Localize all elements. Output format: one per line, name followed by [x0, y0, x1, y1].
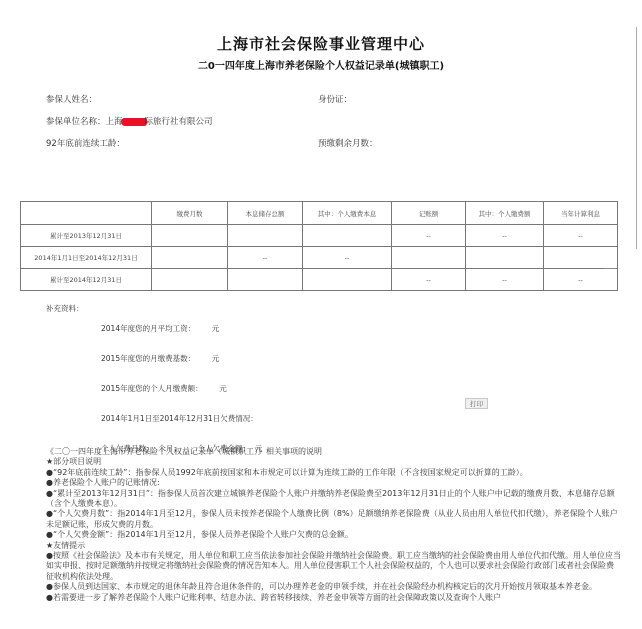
notes-item: ●“累计至2013年12月31日”：指参保人员首次建立城镇养老保险个人账户并缴纳…: [46, 489, 621, 510]
table-row: 累计至2013年12月31日 -- -- --: [21, 225, 618, 247]
table-cell: [152, 247, 228, 269]
notes-item: ●“个人欠费金额”：指2014年1月至12月，参保人员养老保险个人账户欠费的总金…: [46, 530, 621, 540]
column-header: 其中：个人缴费额: [466, 202, 544, 225]
table-cell: --: [392, 225, 466, 247]
id-card-label: 身份证：: [318, 93, 352, 105]
table-cell: [228, 225, 303, 247]
table-cell: [544, 247, 618, 269]
explanatory-notes: 《二〇一四年度上海市养老保险个人权益记录单（城镇职工）》相关事项的说明 ★部分项…: [46, 447, 621, 603]
prepaid-months-label: 预缴剩余月数：: [318, 137, 378, 149]
redaction-mark: [121, 118, 147, 126]
notes-item: ●“92年底前连续工龄”：指参保人员1992年底前按国家和本市规定可以计算为连续…: [46, 468, 621, 478]
supplementary-line: 2015年度您的月缴费基数： 元: [101, 354, 262, 364]
table-row: 2014年1月1日至2014年12月31日 -- --: [21, 247, 618, 269]
notes-item: ●按照《社会保险法》及本市有关规定，用人单位和职工应当依法参加社会保险并缴纳社会…: [46, 551, 621, 582]
column-header: 本息储存总额: [228, 202, 303, 225]
table-header-row: 缴费月数 本息储存总额 其中：个人缴费本息 记账额 其中：个人缴费额 当年计算利…: [21, 202, 618, 225]
table-cell: [466, 247, 544, 269]
table-cell: [152, 269, 228, 291]
notes-section-heading: ★部分项目说明: [46, 457, 621, 467]
table-row: 累计至2014年12月31日 -- -- --: [21, 269, 618, 291]
table-cell: --: [392, 269, 466, 291]
employer-label: 参保单位名称：: [46, 117, 106, 127]
table-cell: --: [228, 247, 303, 269]
row-label: 累计至2014年12月31日: [21, 269, 152, 291]
employer-field: 参保单位名称：上海际旅行社有限公司: [46, 115, 213, 127]
employer-name-prefix: 上海: [106, 117, 123, 127]
pension-ledger-table: 缴费月数 本息储存总额 其中：个人缴费本息 记账额 其中：个人缴费额 当年计算利…: [20, 201, 618, 291]
notes-item: ●养老保险个人账户的记账情况:: [46, 478, 621, 488]
column-header: [21, 202, 152, 225]
column-header: 当年计算利息: [544, 202, 618, 225]
supplementary-line: 2014年1月1日至2014年12月31日欠费情况：: [101, 414, 262, 424]
divider: [604, 268, 616, 269]
notes-heading: 《二〇一四年度上海市养老保险个人权益记录单（城镇职工）》相关事项的说明: [46, 447, 621, 457]
supplementary-line: 2014年度您的月平均工资： 元: [101, 324, 262, 334]
table-cell: --: [303, 247, 392, 269]
table-cell: --: [544, 269, 618, 291]
scrollbar-track[interactable]: [636, 27, 637, 249]
seniority-label: 92年底前连续工龄：: [46, 137, 125, 149]
table-cell: --: [466, 269, 544, 291]
notes-item: ●若需要进一步了解养老保险个人账户记账利率、结息办法、跨省转移接续、养老金申领等…: [46, 593, 621, 603]
insured-name-label: 参保人姓名：: [46, 93, 97, 105]
page-subtitle: 二0一四年度上海市养老保险个人权益记录单(城镇职工): [0, 57, 642, 72]
employer-name-suffix: 际旅行社有限公司: [145, 117, 213, 127]
table-cell: [303, 269, 392, 291]
table-cell: [303, 225, 392, 247]
notes-item: ●参保人员到达国家、本市规定的退休年龄且符合退休条件的，可以办理养老金的申领手续…: [46, 582, 621, 592]
table-cell: [392, 247, 466, 269]
column-header: 记账额: [392, 202, 466, 225]
column-header: 缴费月数: [152, 202, 228, 225]
supplementary-label: 补充资料：: [46, 304, 84, 314]
row-label: 累计至2013年12月31日: [21, 225, 152, 247]
table-cell: --: [466, 225, 544, 247]
page-title: 上海市社会保险事业管理中心: [0, 33, 642, 54]
table-cell: [228, 269, 303, 291]
notes-item: ●“个人欠费月数”：指2014年1月至12月，参保人员未按养老保险个人缴费比例（…: [46, 509, 621, 530]
supplementary-line: 2015年度您的个人月缴费额： 元: [101, 384, 262, 394]
row-label: 2014年1月1日至2014年12月31日: [21, 247, 152, 269]
table-cell: [152, 225, 228, 247]
print-button[interactable]: 打印: [465, 398, 488, 409]
notes-section-heading: ★友情提示: [46, 541, 621, 551]
table-cell: --: [544, 225, 618, 247]
column-header: 其中：个人缴费本息: [303, 202, 392, 225]
